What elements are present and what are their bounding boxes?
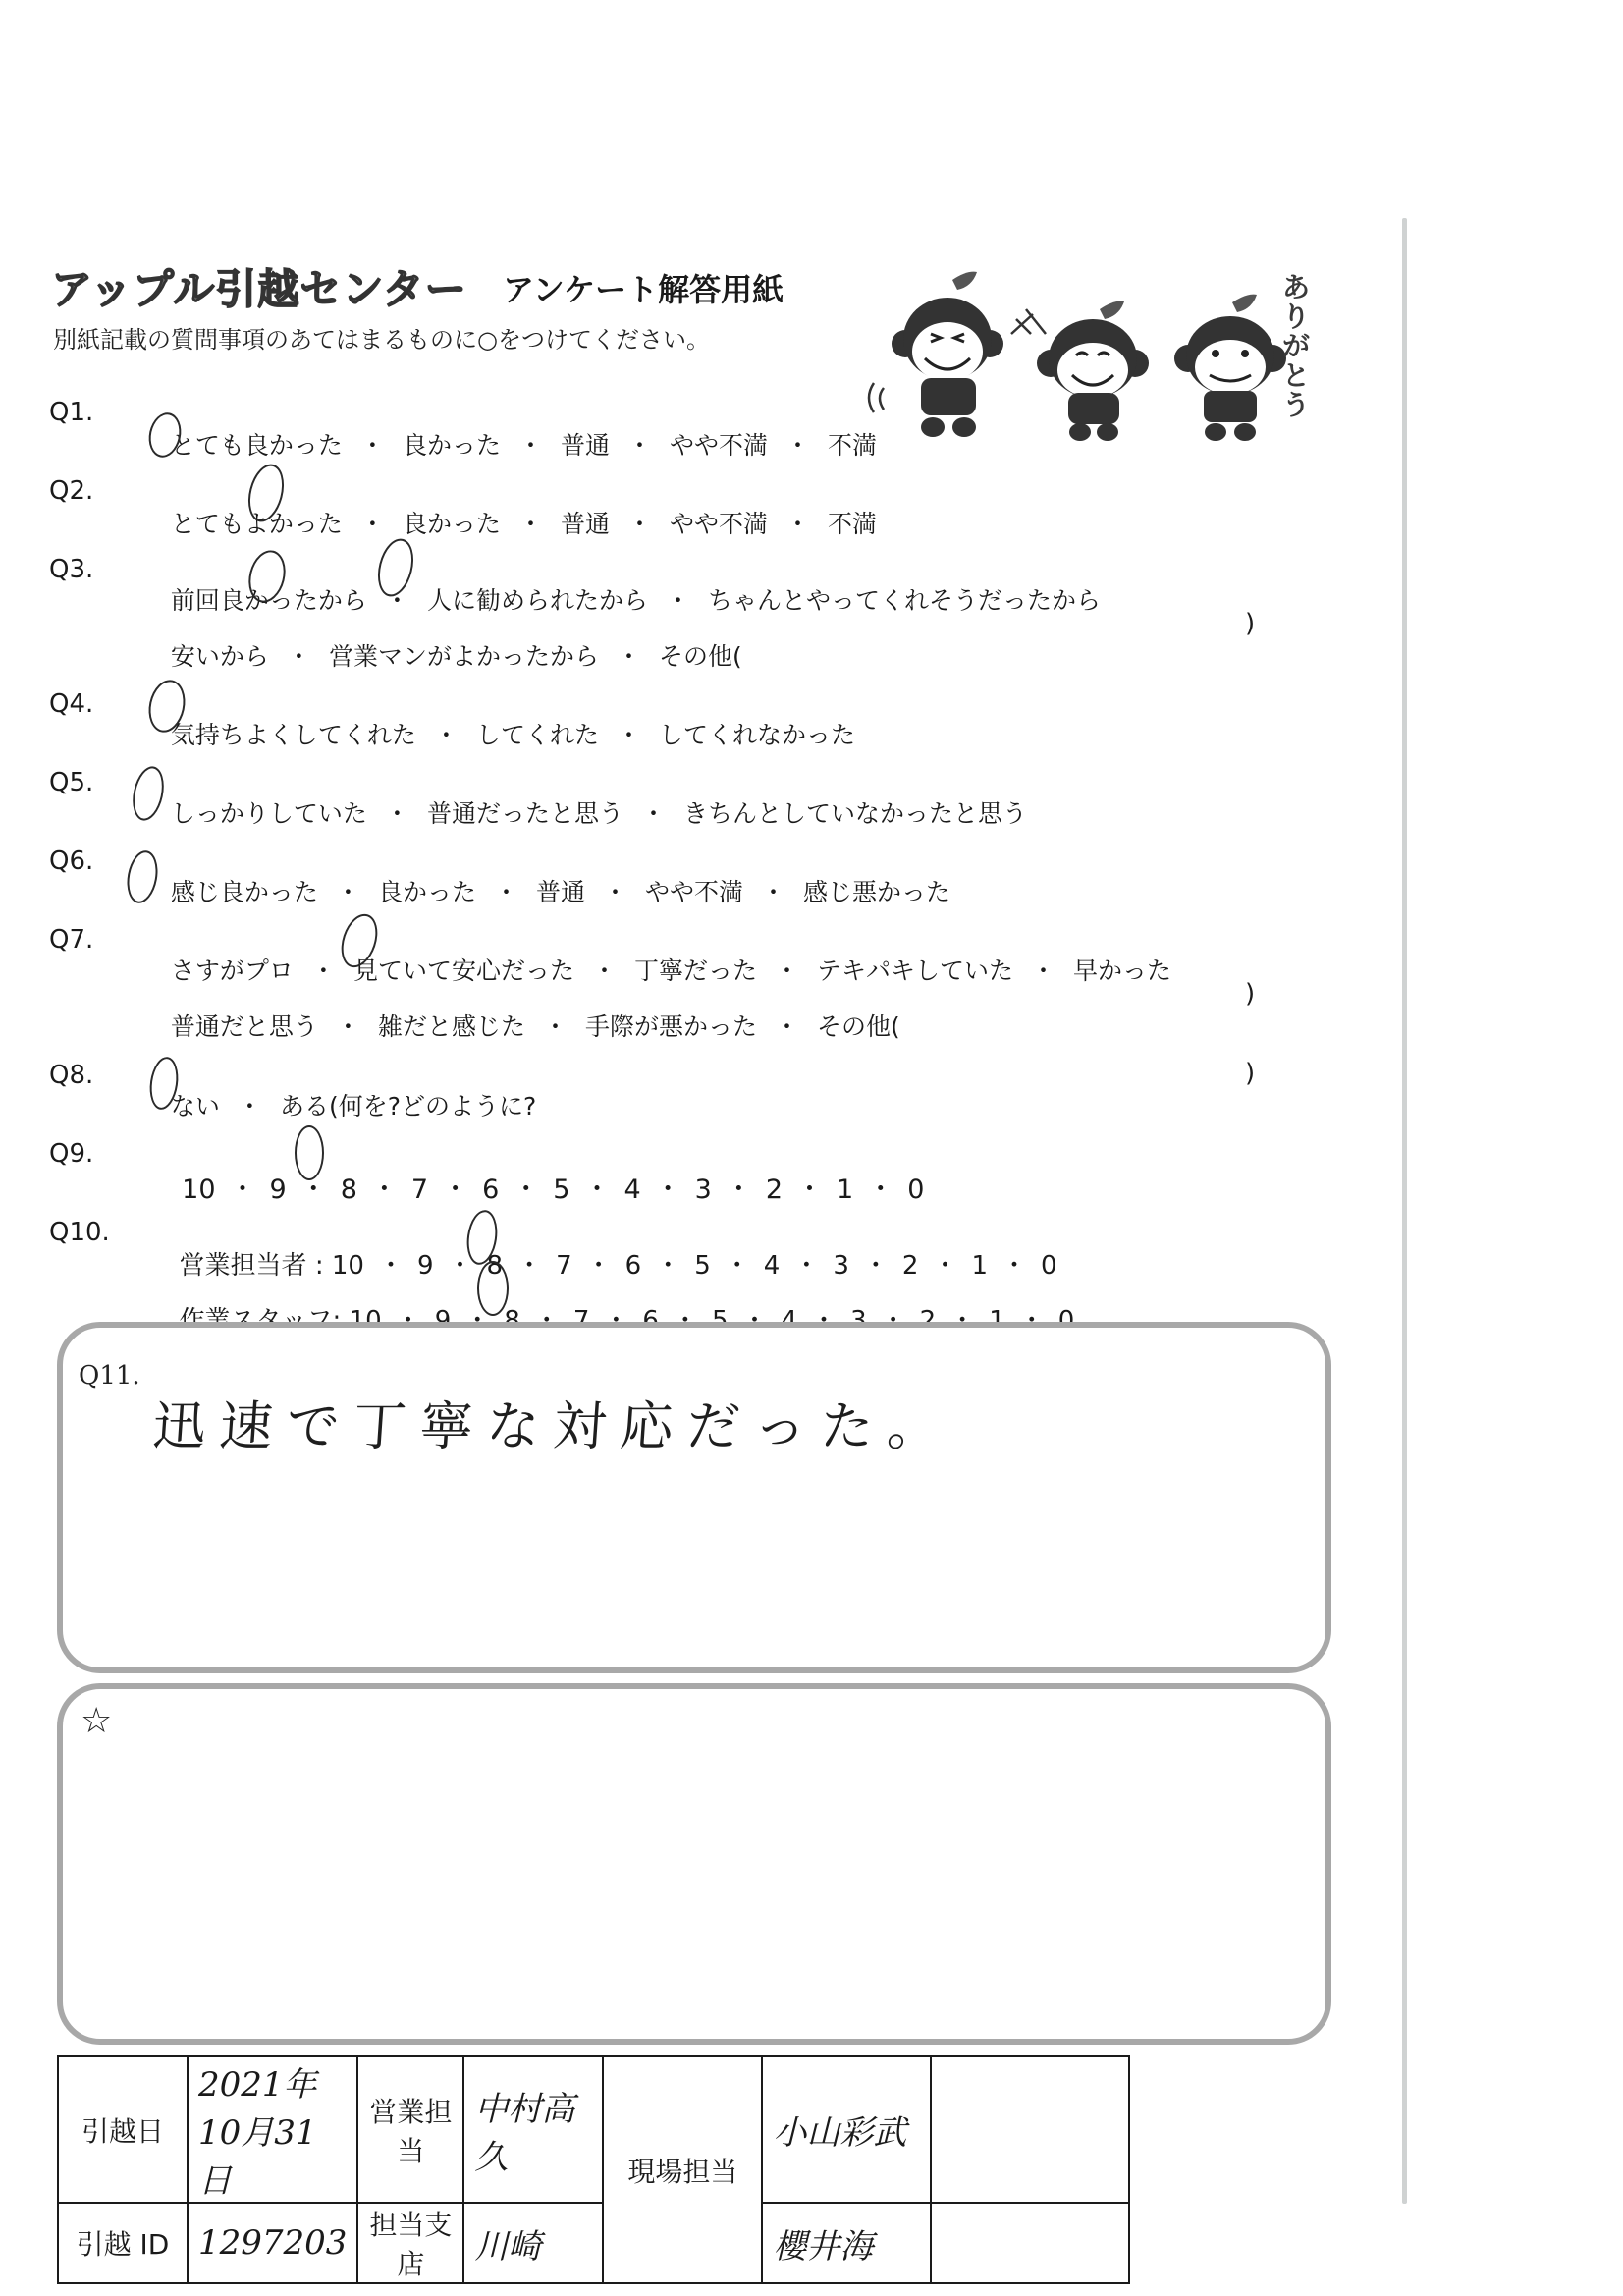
q1-option-5[interactable]: 不満 — [828, 426, 877, 462]
q11-label: Q11. — [79, 1361, 140, 1391]
q9-value-6[interactable]: 6 — [482, 1175, 499, 1205]
sales-rep-value[interactable]: 中村高久 — [463, 2056, 603, 2203]
move-date-value[interactable]: 2021年10月31日 — [188, 2056, 357, 2203]
move-info-table: 引越日 2021年10月31日 営業担当 中村高久 現場担当 小山彩武 引越 I… — [57, 2055, 1130, 2284]
q9-value-2[interactable]: 2 — [766, 1175, 783, 1205]
mascot-waving-icon — [869, 272, 1003, 437]
page-edge-line — [1402, 218, 1407, 2204]
q4-option-3[interactable]: してくれなかった — [659, 716, 855, 751]
q9-value-0[interactable]: 0 — [907, 1175, 924, 1205]
q6-label: Q6. — [49, 847, 93, 876]
q9-value-7[interactable]: 7 — [411, 1175, 428, 1205]
q9-value-5[interactable]: 5 — [553, 1175, 569, 1205]
star-icon: ☆ — [81, 1701, 112, 1741]
q7-close-paren: ) — [1245, 979, 1255, 1009]
q5-options: しっかりしていた・普通だったと思う・きちんとしていなかったと思う — [155, 766, 1027, 830]
q6-option-4[interactable]: やや不満 — [645, 873, 743, 908]
branch-label: 担当支店 — [357, 2203, 463, 2283]
q9-value-9[interactable]: 9 — [270, 1175, 287, 1205]
q3-option-4[interactable]: 安いから — [171, 637, 269, 673]
q7-option-7[interactable]: 雑だと感じた — [378, 1008, 525, 1043]
thanks-text: ありがとう — [1282, 273, 1312, 420]
form-title: アンケート解答用紙 — [503, 265, 784, 310]
site-rep-label: 現場担当 — [603, 2056, 762, 2283]
q1-label: Q1. — [49, 398, 93, 427]
q2-option-2[interactable]: 良かった — [403, 505, 501, 540]
q8-option-1[interactable]: ない — [171, 1087, 220, 1122]
q1-options: とても良かった・良かった・普通・やや不満・不満 — [155, 398, 877, 462]
q5-option-2[interactable]: 普通だったと思う — [427, 794, 623, 830]
q11-answer-text: 迅速で丁寧な対応だった。 — [150, 1385, 956, 1460]
mascot-smile-icon — [1174, 295, 1286, 441]
q9-value-4[interactable]: 4 — [623, 1175, 640, 1205]
q2-option-1[interactable]: とてもよかった — [171, 505, 343, 540]
q9-value-8[interactable]: 8 — [341, 1175, 357, 1205]
q2-label: Q2. — [49, 476, 93, 506]
q11-answer-box[interactable] — [57, 1322, 1331, 1673]
q2-option-4[interactable]: やや不満 — [670, 505, 768, 540]
q7-option-5[interactable]: 早かった — [1073, 952, 1171, 987]
sales-rep-label: 営業担当 — [357, 2056, 463, 2203]
move-id-label: 引越 ID — [58, 2203, 188, 2283]
q8-close-paren: ) — [1245, 1059, 1255, 1088]
q9-value-10[interactable]: 10 — [182, 1175, 215, 1205]
q3-option-3[interactable]: ちゃんとやってくれそうだったから — [708, 581, 1101, 617]
move-date-label: 引越日 — [58, 2056, 188, 2203]
q6-option-2[interactable]: 良かった — [378, 873, 476, 908]
mascot-happy-icon — [1011, 301, 1149, 441]
q2-options: とてもよかった・良かった・普通・やや不満・不満 — [155, 476, 877, 540]
q7-option-8[interactable]: 手際が悪かった — [585, 1008, 757, 1043]
move-id-value[interactable]: 1297203 — [188, 2203, 357, 2283]
comment-box[interactable] — [57, 1683, 1331, 2045]
q1-option-1[interactable]: とても良かった — [171, 426, 343, 462]
q6-option-1[interactable]: 感じ良かった — [171, 873, 318, 908]
q2-option-5[interactable]: 不満 — [828, 505, 877, 540]
q6-option-5[interactable]: 感じ悪かった — [803, 873, 950, 908]
q4-options: 気持ちよくしてくれた・してくれた・してくれなかった — [155, 687, 855, 751]
site-rep-value-1[interactable]: 小山彩武 — [762, 2056, 931, 2203]
q3-option-6[interactable]: その他( — [659, 637, 742, 673]
q6-options: 感じ良かった・良かった・普通・やや不満・感じ悪かった — [155, 845, 950, 908]
company-name: アップル引越センター — [51, 257, 467, 316]
q3-option-5[interactable]: 営業マンがよかったから — [329, 637, 599, 673]
q5-option-3[interactable]: きちんとしていなかったと思う — [683, 794, 1027, 830]
q9-scale: 10・9・8・7・6・5・4・3・2・1・0 — [165, 1137, 924, 1206]
q4-label: Q4. — [49, 689, 93, 719]
site-rep-value-2[interactable]: 櫻井海 — [762, 2203, 931, 2283]
site-rep-extra-1[interactable] — [931, 2056, 1129, 2203]
q5-option-1[interactable]: しっかりしていた — [171, 794, 367, 830]
q7-label: Q7. — [49, 925, 93, 955]
q7-options-line1: さすがプロ・見ていて安心だった・丁寧だった・テキパキしていた・早かった — [155, 923, 1171, 987]
mascot-illustration — [854, 265, 1306, 442]
q8-option-2[interactable]: ある(何を?どのように? — [280, 1087, 536, 1122]
q3-options-line1: 前回良かったから・人に勧められたから・ちゃんとやってくれそうだったから — [155, 553, 1101, 617]
q7-option-6[interactable]: 普通だと思う — [171, 1008, 318, 1043]
q9-value-3[interactable]: 3 — [695, 1175, 712, 1205]
q8-label: Q8. — [49, 1061, 93, 1090]
q2-option-3[interactable]: 普通 — [561, 505, 610, 540]
instruction-text: 別紙記載の質問事項のあてはまるものに○をつけてください。 — [53, 320, 710, 355]
q1-option-4[interactable]: やや不満 — [670, 426, 768, 462]
q9-value-1[interactable]: 1 — [837, 1175, 853, 1205]
q5-label: Q5. — [49, 768, 93, 797]
q8-options: ない・ある(何を?どのように? — [155, 1059, 536, 1122]
site-rep-extra-2[interactable] — [931, 2203, 1129, 2283]
q7-options-line2: 普通だと思う・雑だと感じた・手際が悪かった・その他( — [155, 979, 900, 1043]
branch-value[interactable]: 川崎 — [463, 2203, 603, 2283]
q1-option-2[interactable]: 良かった — [403, 426, 501, 462]
q1-option-3[interactable]: 普通 — [561, 426, 610, 462]
q3-options-line2: 安いから・営業マンがよかったから・その他( — [155, 609, 742, 673]
q9-label: Q9. — [49, 1139, 93, 1169]
q10-label: Q10. — [49, 1218, 110, 1247]
q4-option-2[interactable]: してくれた — [476, 716, 599, 751]
q3-label: Q3. — [49, 555, 93, 584]
q4-option-1[interactable]: 気持ちよくしてくれた — [171, 716, 416, 751]
q6-option-3[interactable]: 普通 — [536, 873, 585, 908]
q3-close-paren: ) — [1245, 609, 1255, 638]
q7-option-9[interactable]: その他( — [817, 1008, 900, 1043]
